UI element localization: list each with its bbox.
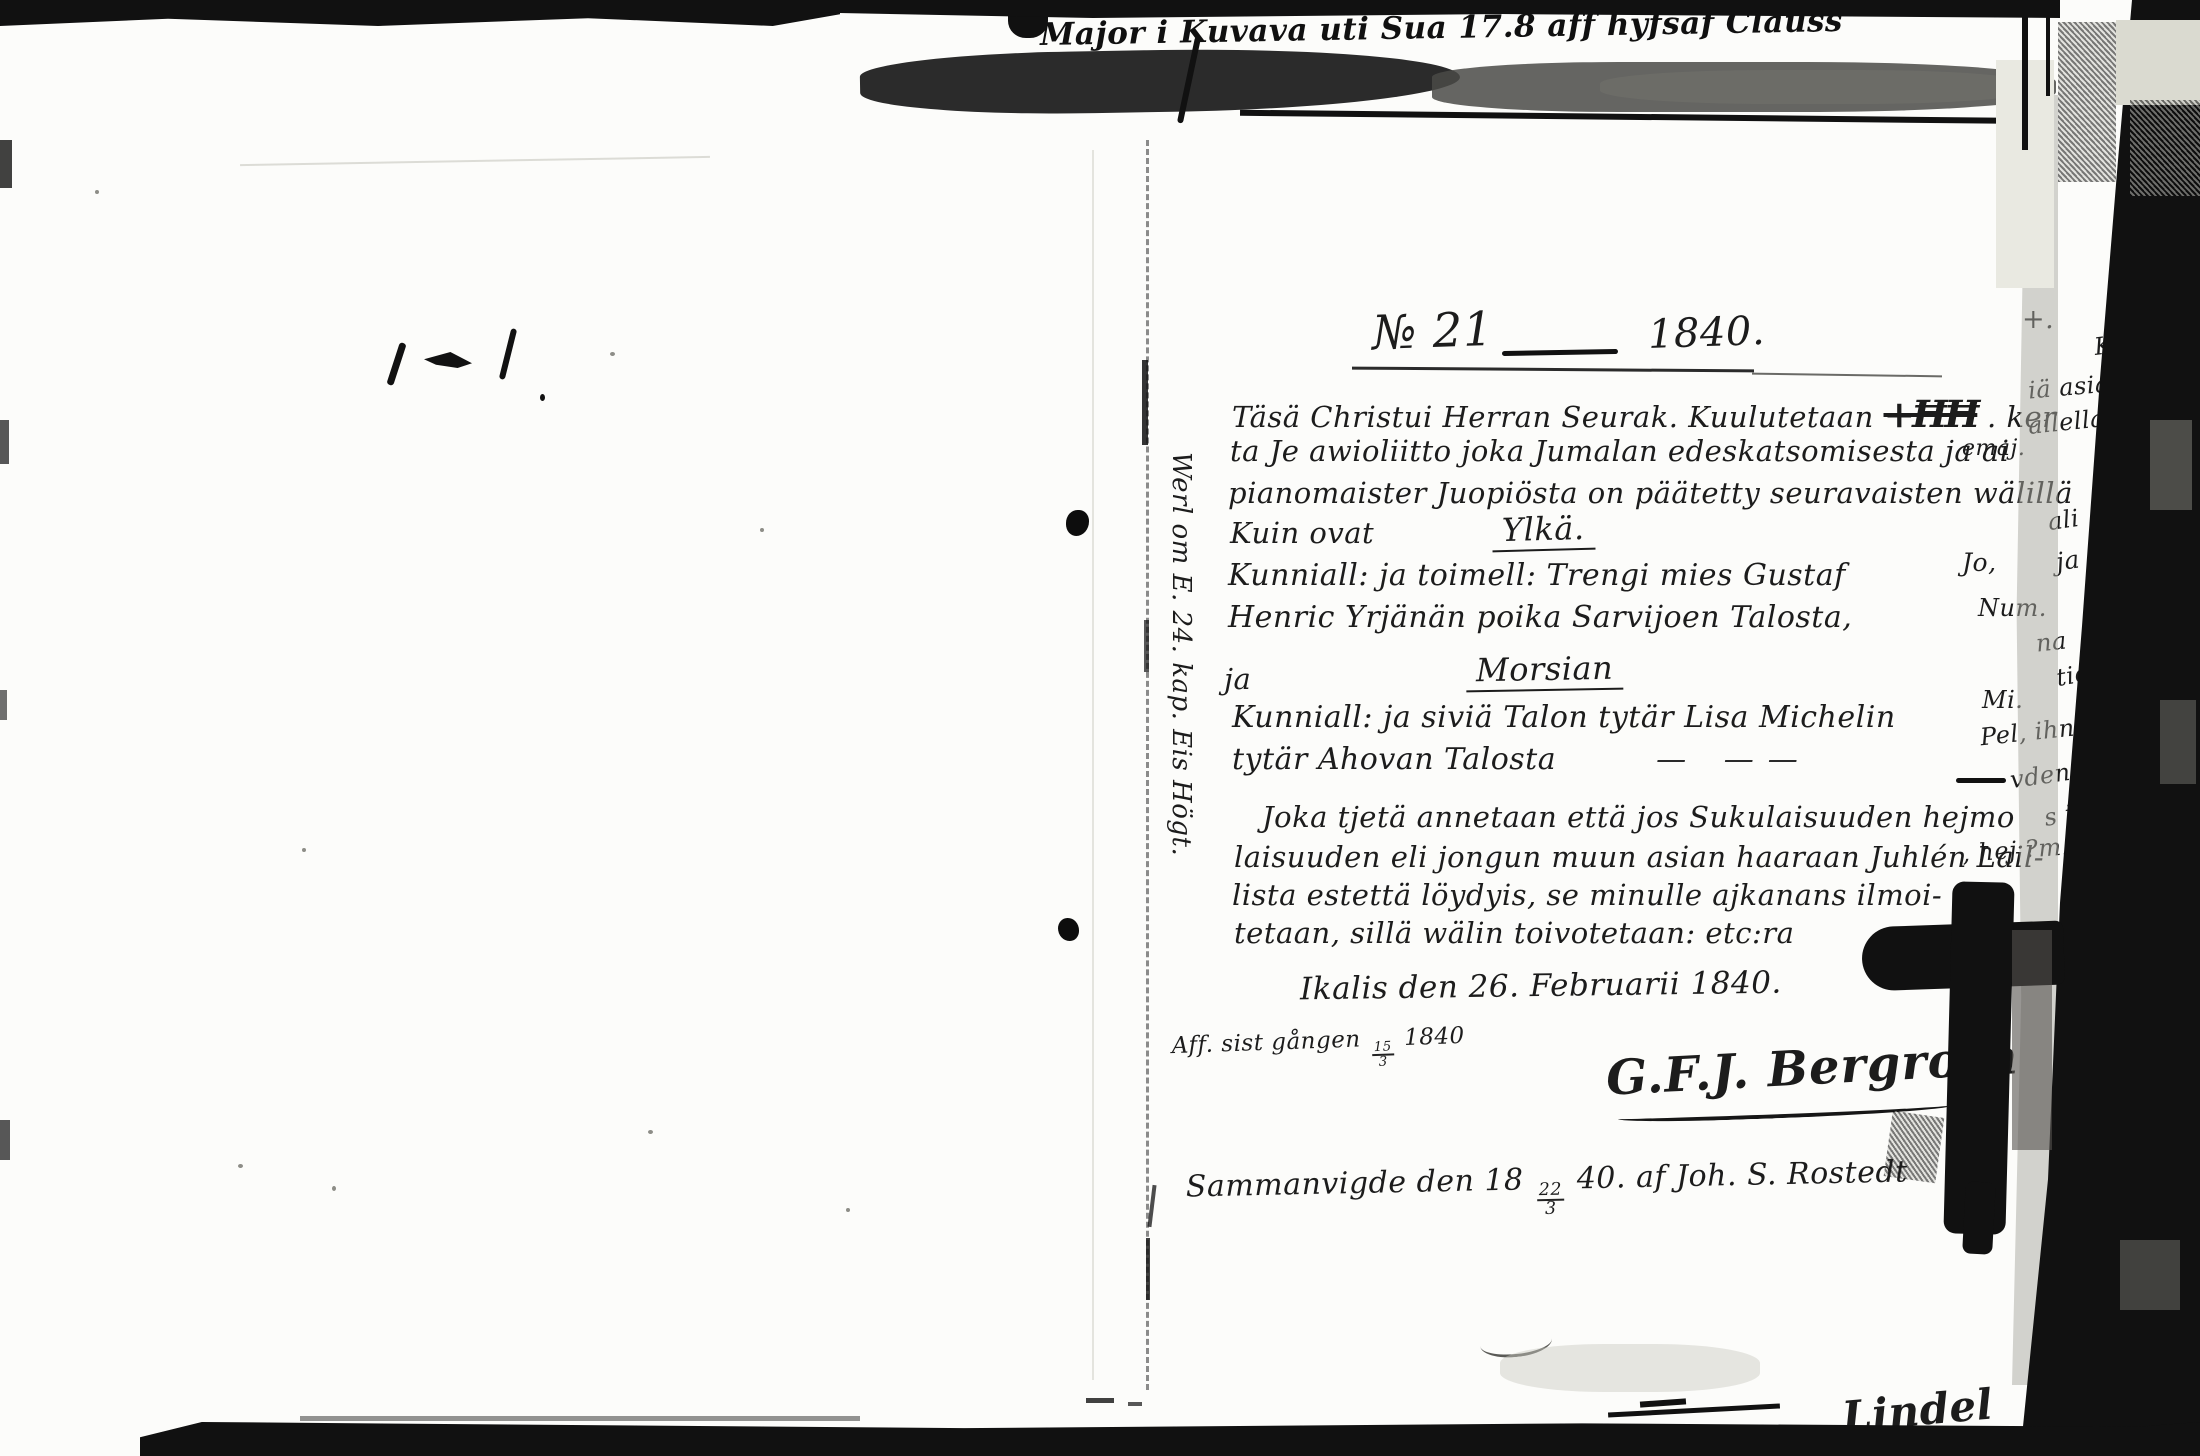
fraction-numerator: 15 bbox=[1371, 1040, 1393, 1056]
bride-heading: Morsian bbox=[1466, 649, 1624, 693]
left-margin-vertical-note: Werl om E. 24. kap. Eis Högt. bbox=[1166, 452, 1196, 922]
announced-text: Aff. sist gången bbox=[1171, 1027, 1361, 1060]
groom-heading: Ylkä. bbox=[1491, 509, 1595, 553]
scan-smudge-band bbox=[860, 45, 1461, 117]
marriage-text: Sammanvigde den 18 bbox=[1185, 1162, 1523, 1204]
banns-intro-line: Kuin ovat bbox=[1230, 516, 1374, 550]
ink-speck bbox=[760, 528, 764, 532]
ink-speck bbox=[846, 1208, 850, 1212]
right-margin-note: emaj. bbox=[1962, 436, 2025, 461]
ink-blob-shadow bbox=[2012, 930, 2052, 1150]
bride-line: Kunniall: ja siviä Talon tytär Lisa Mich… bbox=[1232, 700, 1896, 735]
groom-line: Henric Yrjänän poika Sarvijoen Talosta, bbox=[1228, 600, 1852, 635]
conjunction-ja: ja bbox=[1224, 662, 1251, 696]
ink-blob-tail bbox=[1962, 1181, 1996, 1254]
hole-punch bbox=[1066, 510, 1089, 536]
fraction-denominator: 3 bbox=[1372, 1055, 1394, 1069]
groom-line: Kunniall: ja toimell: Trengi mies Gustaf bbox=[1228, 558, 1846, 593]
bride-line: tytär Ahovan Talosta — —— bbox=[1232, 742, 1812, 777]
ink-speck bbox=[648, 1130, 653, 1134]
left-edge-tick bbox=[0, 690, 7, 720]
fraction-denominator: 3 bbox=[1537, 1201, 1564, 1219]
bottom-dash bbox=[1640, 1398, 1686, 1407]
marriage-note: Sammanvigde den 18 223 40. af Joh. S. Ro… bbox=[1185, 1154, 1908, 1226]
crossed-out-tally: +ĦĦ bbox=[1884, 392, 1978, 436]
trailing-dashes: — —— bbox=[1656, 742, 1812, 777]
left-edge-tick bbox=[0, 420, 9, 464]
announced-date-fraction: 153 bbox=[1371, 1040, 1394, 1069]
ink-speck bbox=[302, 848, 306, 852]
right-edge-light-mark bbox=[2120, 1240, 2180, 1310]
corner-noise-patch bbox=[2130, 100, 2200, 196]
gutter-fold-dark-segment bbox=[1146, 1238, 1150, 1300]
banns-intro-line: Täsä Christui Herran Seurak. Kuulutetaan… bbox=[1232, 392, 2057, 436]
ink-speck bbox=[95, 190, 99, 194]
dateline: Ikalis den 26. Februarii 1840. bbox=[1300, 965, 1782, 1008]
right-edge-light-mark bbox=[2160, 700, 2196, 784]
gutter-fold-dark-segment bbox=[1144, 620, 1149, 672]
corner-noise-line bbox=[2046, 0, 2050, 96]
record-year: 1840. bbox=[1647, 308, 1766, 358]
ink-speck bbox=[332, 1186, 336, 1191]
notice-line: tetaan, sillä wälin toivotetaan: etc:ra bbox=[1234, 916, 1794, 950]
gutter-fold-dark-segment bbox=[1142, 360, 1148, 445]
scan-smudge-streak bbox=[1600, 70, 2030, 104]
bottom-smudge bbox=[1500, 1344, 1760, 1392]
notice-line: Joka tjetä annetaan että jos Sukulaisuud… bbox=[1262, 800, 2015, 834]
scan-border-bottom-faint bbox=[300, 1416, 860, 1421]
header-underline-faint bbox=[1752, 373, 1942, 378]
corner-noise-patch bbox=[2116, 20, 2200, 105]
announced-year: 1840 bbox=[1404, 1023, 1465, 1051]
bride-text: tytär Ahovan Talosta bbox=[1232, 742, 1556, 777]
notice-line: laisuuden eli jongun muun asian haaraan … bbox=[1234, 840, 2044, 874]
ink-speck bbox=[540, 394, 545, 401]
bottom-dash bbox=[1128, 1402, 1142, 1406]
banns-intro-line: ta Je awioliitto joka Jumalan edeskatsom… bbox=[1230, 434, 2009, 468]
marriage-officiant: 40. af Joh. S. Rostedt bbox=[1576, 1154, 1908, 1196]
notice-line: lista estettä löydyis, se minulle ajkana… bbox=[1232, 878, 1942, 912]
bottom-dash bbox=[1086, 1398, 1114, 1403]
right-margin-note: ja bbox=[2054, 544, 2081, 576]
ink-blot bbox=[424, 352, 472, 368]
ink-speck bbox=[610, 352, 615, 356]
right-margin-note: Mi. bbox=[1982, 686, 2023, 714]
intro-text: Täsä Christui Herran Seurak. Kuulutetaan bbox=[1232, 400, 1874, 434]
gutter-fold-line bbox=[1146, 140, 1149, 1390]
left-page-edge-line bbox=[240, 156, 710, 166]
bottom-signature-leading-dash bbox=[1608, 1404, 1780, 1418]
left-edge-tick bbox=[0, 1120, 10, 1160]
corner-noise-line bbox=[2022, 0, 2028, 150]
left-page-vertical-edge bbox=[1092, 150, 1094, 1380]
ink-stroke bbox=[499, 328, 517, 380]
banns-intro-line: pianomaister Juopiösta on päätetty seura… bbox=[1228, 476, 2073, 510]
scan-border-top-left bbox=[0, 0, 840, 26]
record-number: № 21 bbox=[1371, 302, 1494, 361]
left-edge-tick bbox=[0, 140, 12, 188]
right-edge-light-mark bbox=[2150, 420, 2192, 510]
right-margin-note: Jo, bbox=[1962, 548, 1997, 577]
hole-punch bbox=[1058, 918, 1079, 941]
header-underline bbox=[1352, 367, 1754, 373]
marriage-date-fraction: 223 bbox=[1537, 1182, 1565, 1219]
scan-border-bottom bbox=[140, 1422, 2200, 1456]
corner-noise-patch bbox=[2058, 22, 2116, 182]
ink-stroke bbox=[386, 342, 406, 386]
right-margin-dash bbox=[1956, 778, 2006, 783]
announced-last-note: Aff. sist gången 153 1840 bbox=[1171, 1023, 1465, 1077]
scanned-record-page: № 21 1840. Täsä Christui Herran Seurak. … bbox=[0, 0, 2200, 1456]
header-dash bbox=[1502, 349, 1618, 356]
ink-speck bbox=[238, 1164, 243, 1168]
